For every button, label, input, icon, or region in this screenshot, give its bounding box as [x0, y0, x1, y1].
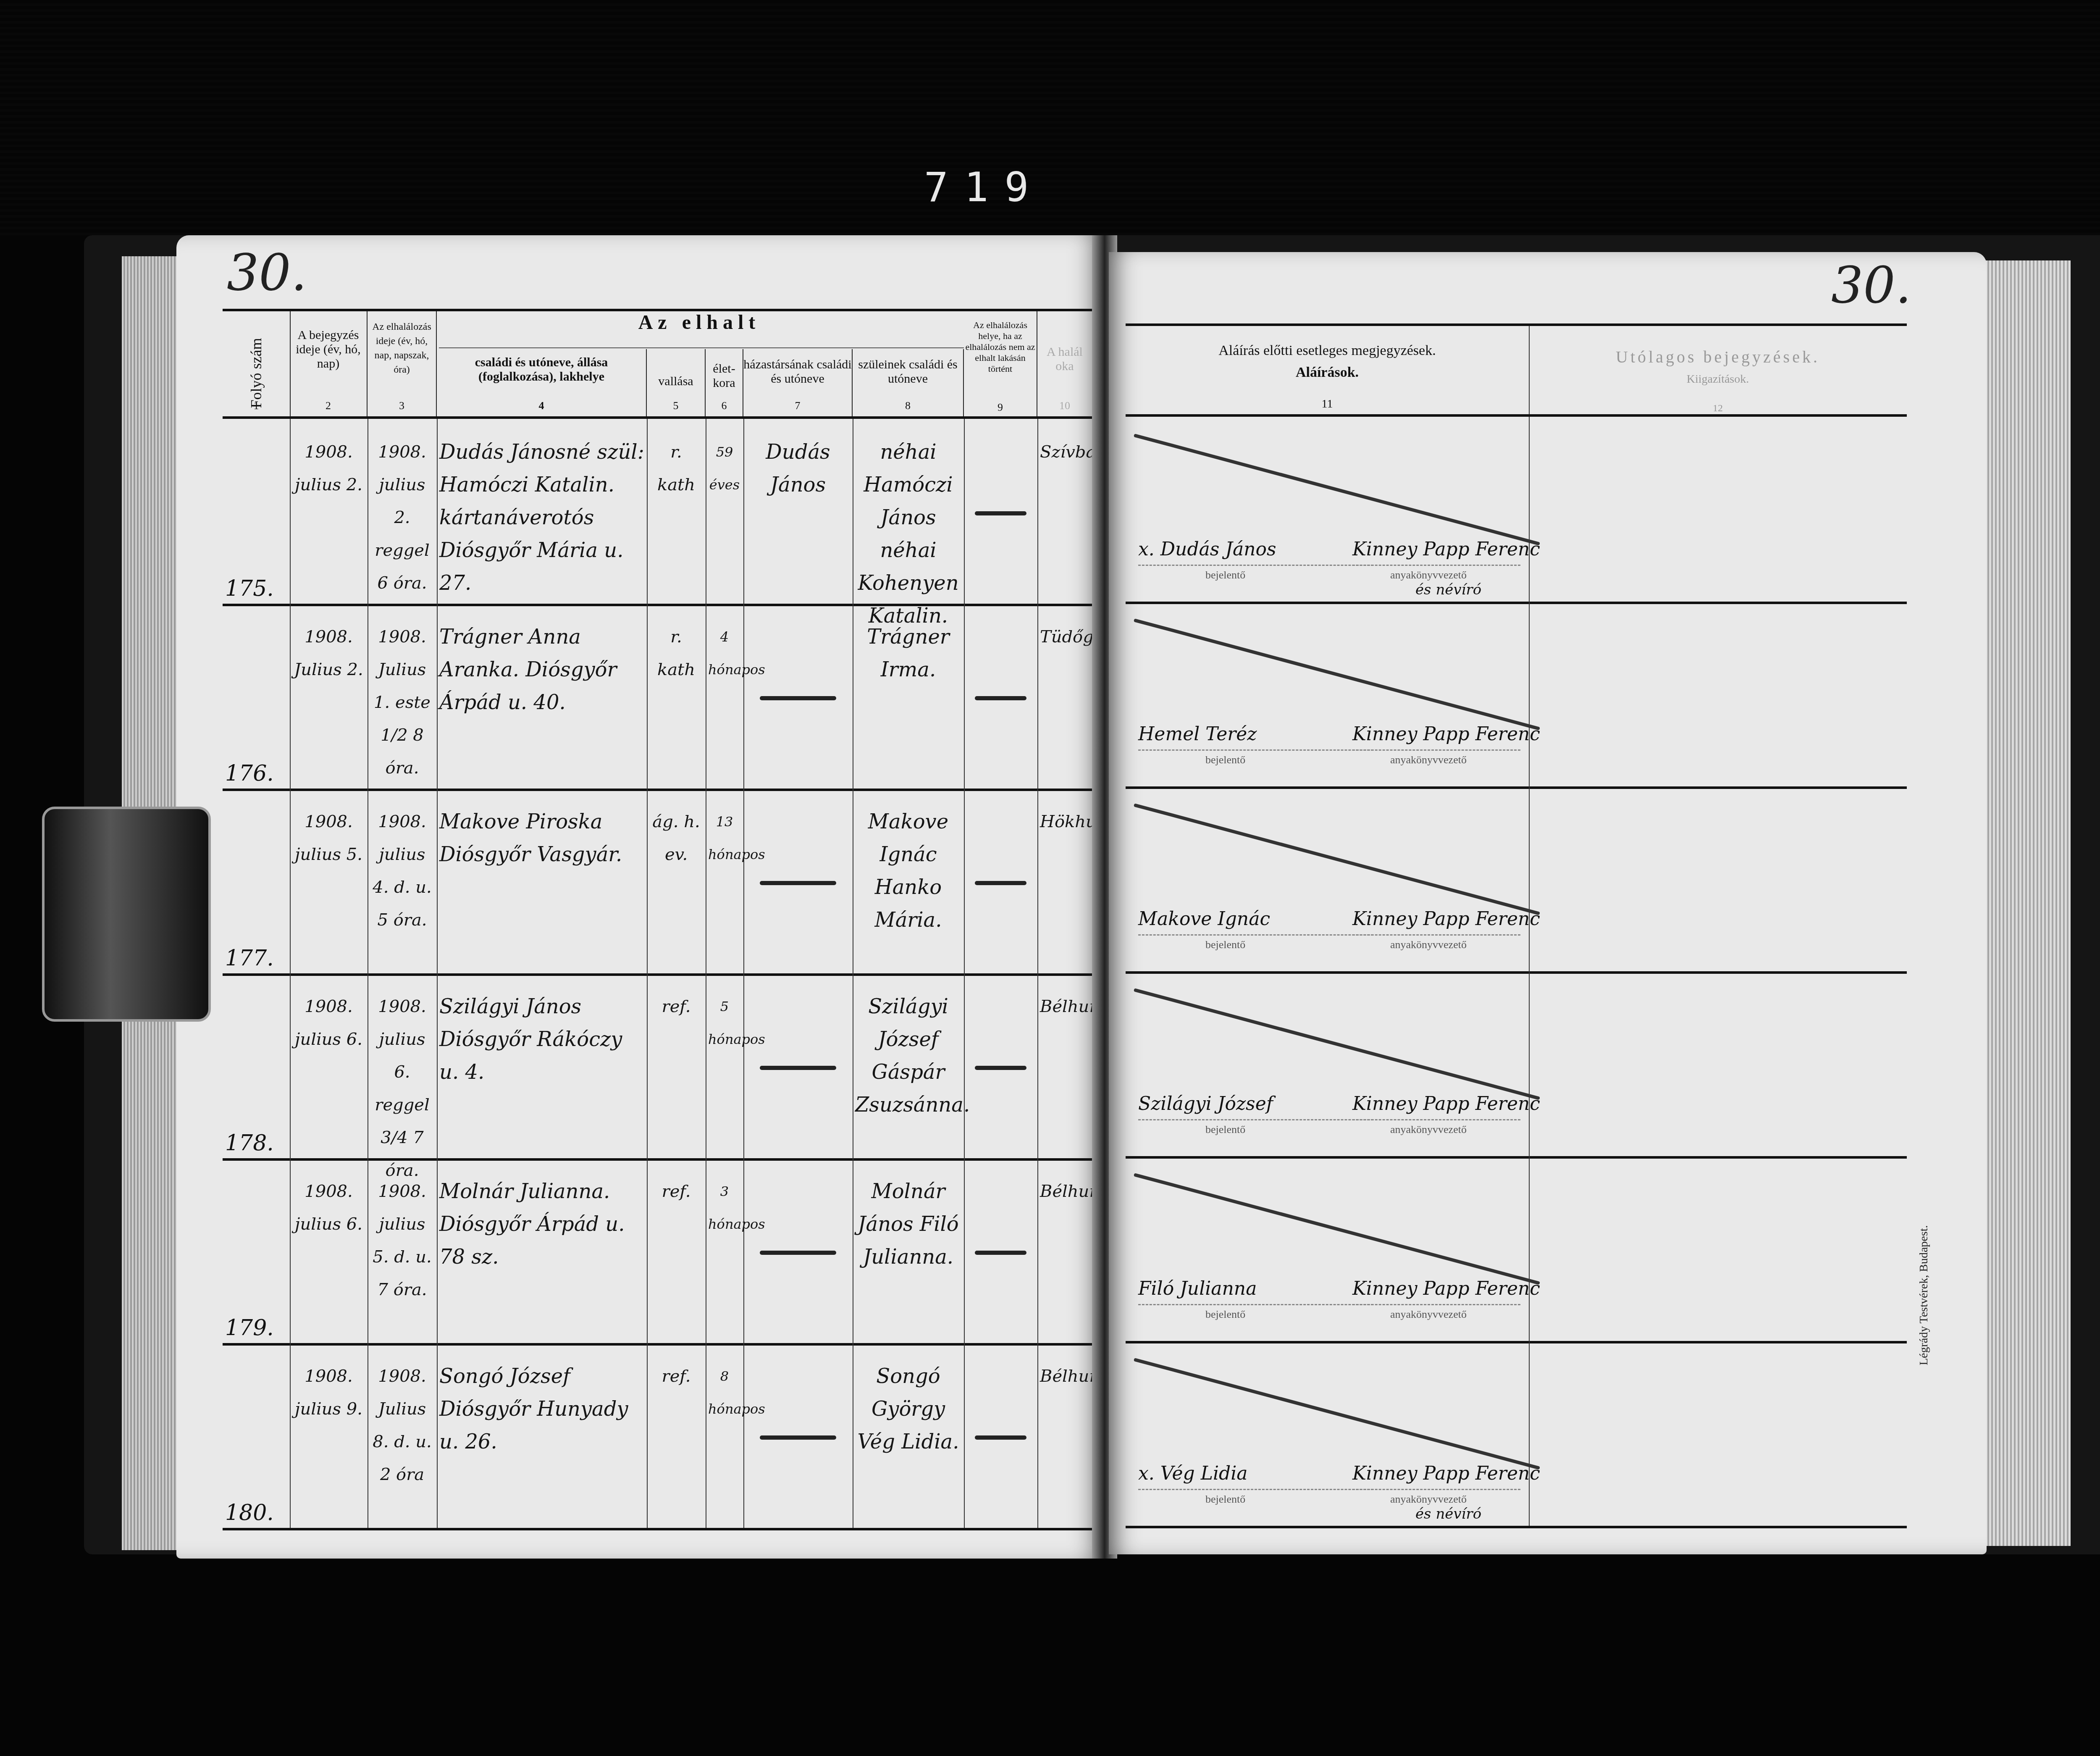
column-divider [1529, 1156, 1530, 1341]
cell-registered: 1908. julius 2. [290, 419, 368, 604]
signature-row: Hemel TerézbejelentőKinney Papp Ferencan… [1126, 602, 1907, 789]
col-header-signatures: Aláírás előtti esetleges megjegyzések. A… [1126, 326, 1530, 414]
right-page: 30. Aláírás előtti esetleges megjegyzése… [1109, 252, 1987, 1554]
informant-label: bejelentő [1205, 1308, 1245, 1321]
handwritten-died: 1908. julius 5. d. u. 7 óra. [367, 1158, 437, 1306]
cell-died: 1908. Julius 8. d. u. 2 óra [367, 1343, 438, 1528]
handwritten-age: 8 hónapos [706, 1343, 743, 1425]
cell-age: 3 hónapos [706, 1158, 744, 1343]
registrar-signature: Kinney Papp Ferenc [1352, 539, 1540, 560]
handwritten-died: 1908. julius 2. reggel 6 óra. [367, 419, 437, 599]
cell-religion: r. kath [647, 604, 706, 789]
signature-table: Aláírás előtti esetleges megjegyzések. A… [1126, 323, 1907, 1544]
column-divider [1529, 602, 1530, 786]
cell-parents: Songó György Vég Lidia. [853, 1343, 965, 1528]
handwritten-name: Trágner Anna Aranka. Diósgyőr Árpád u. 4… [437, 604, 647, 719]
empty-dash [975, 881, 1026, 885]
informant-label: bejelentő [1205, 569, 1245, 581]
handwritten-religion: ref. [647, 973, 706, 1023]
handwritten-registered: 1908. julius 6. [290, 1158, 367, 1241]
table-row: 178.1908. julius 6.1908. julius 6. regge… [223, 973, 1092, 1161]
table-row: 176.1908. Julius 2.1908. Julius 1. este … [223, 604, 1092, 791]
cell-name: Molnár Julianna. Diósgyőr Árpád u. 78 sz… [437, 1158, 648, 1343]
cell-place [964, 1343, 1038, 1528]
handwritten-religion: ref. [647, 1343, 706, 1393]
signature-row: x. Dudás JánosbejelentőKinney Papp Feren… [1126, 417, 1907, 604]
cell-name: Trágner Anna Aranka. Diósgyőr Árpád u. 4… [437, 604, 648, 789]
handwritten-name: Dudás Jánosné szül: Hamóczi Katalin. kár… [437, 419, 647, 599]
handwritten-age: 4 hónapos [706, 604, 743, 686]
handwritten-name: Songó József Diósgyőr Hunyady u. 26. [437, 1343, 647, 1458]
cell-age: 8 hónapos [706, 1343, 744, 1528]
col-header-registration-date: A bejegyzés ideje (év, hó, nap) 2 [290, 311, 367, 416]
informant-signature: Filó Julianna [1138, 1278, 1257, 1299]
handwritten-cause: Bélhurut. [1037, 1343, 1092, 1393]
empty-dash [975, 511, 1026, 515]
cell-serial: 179. [223, 1158, 291, 1343]
signature-row: x. Vég LidiabejelentőKinney Papp Ferenca… [1126, 1341, 1907, 1528]
cell-place [964, 973, 1038, 1158]
column-divider [1529, 1341, 1530, 1526]
cell-cause: Bélhurut. [1037, 973, 1092, 1158]
registrar-signature: Kinney Papp Ferenc [1352, 1278, 1540, 1299]
informant-signature: Szilágyi József [1138, 1093, 1273, 1115]
registrar-signature: Kinney Papp Ferenc [1352, 1463, 1540, 1484]
col-header-serial: Folyó szám 1 [223, 311, 291, 416]
cell-religion: ág. h. ev. [647, 789, 706, 973]
informant-signature: Hemel Teréz [1138, 723, 1257, 745]
empty-dash [975, 696, 1026, 700]
informant-label: bejelentő [1205, 754, 1245, 766]
handwritten-religion: ref. [647, 1158, 706, 1208]
handwritten-religion: r. kath [647, 604, 706, 686]
cell-serial: 175. [223, 419, 291, 604]
handwritten-name: Szilágyi János Diósgyőr Rákóczy u. 4. [437, 973, 647, 1088]
registrar-label: anyakönyvvezető [1390, 1123, 1467, 1136]
handwritten-cause: Tüdőgyulladás. [1037, 604, 1092, 653]
cell-name: Dudás Jánosné szül: Hamóczi Katalin. kár… [437, 419, 648, 604]
cell-parents: Trágner Irma. [853, 604, 965, 789]
empty-dash [760, 881, 836, 885]
handwritten-registered: 1908. julius 5. [290, 789, 367, 871]
cell-parents: Szilágyi József Gáspár Zsuzsánna. [853, 973, 965, 1158]
registrar-signature: Kinney Papp Ferenc [1352, 908, 1540, 930]
col-group-deceased: Az elhalt [437, 311, 962, 349]
handwritten-age: 3 hónapos [706, 1158, 743, 1241]
handwritten-registered: 1908. Julius 2. [290, 604, 367, 686]
handwritten-registered: 1908. julius 2. [290, 419, 367, 501]
informant-label: bejelentő [1205, 1123, 1245, 1136]
handwritten-cause: Bélhurut. [1037, 1158, 1092, 1208]
handwritten-cause: Bélhurut. [1037, 973, 1092, 1023]
col-header-place: Az elhalálozás helye, ha az elhalálozás … [964, 311, 1037, 416]
handwritten-age: 13 hónapos [706, 789, 743, 871]
cell-died: 1908. julius 6. reggel 3/4 7 óra. [367, 973, 438, 1158]
empty-dash [975, 1251, 1026, 1255]
registrar-label: anyakönyvvezető [1390, 938, 1467, 951]
handwritten-died: 1908. julius 4. d. u. 5 óra. [367, 789, 437, 936]
cell-spouse [743, 604, 853, 789]
cell-died: 1908. Julius 1. este 1/2 8 óra. [367, 604, 438, 789]
col-header-age: élet-kora 6 [706, 349, 743, 416]
registrar-note: és névíró [1415, 581, 1481, 598]
cell-place [964, 604, 1038, 789]
informant-signature: x. Dudás János [1138, 539, 1276, 560]
cell-place [964, 789, 1038, 973]
handwritten-name: Makove Piroska Diósgyőr Vasgyár. [437, 789, 647, 871]
cell-cause: Tüdőgyulladás. [1037, 604, 1092, 789]
table-row: 180.1908. julius 9.1908. Julius 8. d. u.… [223, 1343, 1092, 1530]
cell-serial: 176. [223, 604, 291, 789]
signature-line [1138, 1304, 1373, 1305]
death-register-table: Folyó szám 1 A bejegyzés ideje (év, hó, … [223, 309, 1092, 1530]
entry-number: 179. [225, 1315, 274, 1341]
signature-line [1138, 1489, 1373, 1490]
left-page: 30. Folyó szám 1 A bejegyzés ideje (év, … [176, 235, 1100, 1559]
cell-age: 13 hónapos [706, 789, 744, 973]
informant-label: bejelentő [1205, 1493, 1245, 1506]
cell-registered: 1908. julius 5. [290, 789, 368, 973]
col-header-spouse: házastársának családi és utóneve 7 [743, 349, 853, 416]
cell-spouse [743, 1343, 853, 1528]
handwritten-religion: ág. h. ev. [647, 789, 706, 871]
cell-name: Makove Piroska Diósgyőr Vasgyár. [437, 789, 648, 973]
binder-clip [42, 807, 211, 1022]
registrar-signature: Kinney Papp Ferenc [1352, 723, 1540, 745]
empty-dash [760, 1066, 836, 1070]
handwritten-spouse: Dudás János [743, 419, 853, 501]
informant-signature: x. Vég Lidia [1138, 1463, 1247, 1484]
cell-place [964, 419, 1038, 604]
signature-line [1352, 934, 1520, 936]
signature-line [1352, 565, 1520, 566]
signature-line [1352, 749, 1520, 751]
strike-through-line [1134, 618, 1540, 731]
signature-line [1352, 1304, 1520, 1305]
signature-row: Szilágyi JózsefbejelentőKinney Papp Fere… [1126, 971, 1907, 1159]
strike-through-line [1134, 434, 1540, 546]
signature-line [1138, 565, 1373, 566]
empty-dash [760, 1251, 836, 1255]
column-divider [1529, 971, 1530, 1156]
signature-line [1138, 749, 1373, 751]
signature-line [1352, 1489, 1520, 1490]
cell-spouse [743, 1158, 853, 1343]
cell-serial: 180. [223, 1343, 291, 1528]
signature-line [1138, 1119, 1373, 1120]
table-row: 179.1908. julius 6.1908. julius 5. d. u.… [223, 1158, 1092, 1346]
frame-number: 719 [924, 164, 1045, 211]
cell-parents: néhai Hamóczi János néhai Kohenyen Katal… [853, 419, 965, 604]
cell-cause: Szívbaj. [1037, 419, 1092, 604]
col-header-parents: szüleinek családi és utóneve 8 [853, 349, 964, 416]
cell-died: 1908. julius 2. reggel 6 óra. [367, 419, 438, 604]
entry-number: 180. [225, 1500, 274, 1525]
cell-registered: 1908. julius 6. [290, 973, 368, 1158]
strike-through-line [1134, 988, 1540, 1100]
strike-through-line [1134, 803, 1540, 915]
registrar-label: anyakönyvvezető [1390, 754, 1467, 766]
table-row: 175.1908. julius 2.1908. julius 2. regge… [223, 419, 1092, 606]
cell-spouse: Dudás János [743, 419, 853, 604]
empty-dash [975, 1435, 1026, 1440]
page-stack-right [1974, 260, 2071, 1546]
handwritten-parents: Songó György Vég Lidia. [853, 1343, 964, 1458]
entry-number: 176. [225, 761, 274, 786]
handwritten-died: 1908. julius 6. reggel 3/4 7 óra. [367, 973, 437, 1187]
signature-line [1138, 934, 1373, 936]
cell-registered: 1908. Julius 2. [290, 604, 368, 789]
film-background [0, 0, 2100, 235]
empty-dash [760, 1435, 836, 1440]
registrar-label: anyakönyvvezető [1390, 1493, 1467, 1506]
empty-dash [975, 1066, 1026, 1070]
entry-number: 177. [225, 946, 274, 971]
column-divider [1529, 417, 1530, 602]
handwritten-cause: Hökhurut. [1037, 789, 1092, 838]
handwritten-died: 1908. Julius 1. este 1/2 8 óra. [367, 604, 437, 784]
cell-religion: ref. [647, 1343, 706, 1528]
cell-died: 1908. julius 5. d. u. 7 óra. [367, 1158, 438, 1343]
cell-registered: 1908. julius 9. [290, 1343, 368, 1528]
signature-line [1352, 1119, 1520, 1120]
handwritten-name: Molnár Julianna. Diósgyőr Árpád u. 78 sz… [437, 1158, 647, 1273]
column-divider [1529, 786, 1530, 971]
col-header-religion: vallása 5 [647, 349, 706, 416]
table-row: 177.1908. julius 5.1908. julius 4. d. u.… [223, 789, 1092, 976]
cell-parents: Makove Ignác Hanko Mária. [853, 789, 965, 973]
registrar-label: anyakönyvvezető [1390, 569, 1467, 581]
cell-religion: r. kath [647, 419, 706, 604]
strike-through-line [1134, 1358, 1540, 1470]
group-divider [439, 347, 964, 348]
col-header-cause: A halál oka 10 [1037, 311, 1092, 416]
handwritten-registered: 1908. julius 9. [290, 1343, 367, 1425]
handwritten-parents: Molnár János Filó Julianna. [853, 1158, 964, 1273]
registrar-note: és névíró [1415, 1506, 1481, 1522]
cell-age: 4 hónapos [706, 604, 744, 789]
entry-number: 175. [225, 576, 274, 601]
handwritten-religion: r. kath [647, 419, 706, 501]
handwritten-parents: Trágner Irma. [853, 604, 964, 686]
printer-imprint: Légrády Testvérek, Budapest. [1917, 1225, 1931, 1365]
cell-cause: Hökhurut. [1037, 789, 1092, 973]
handwritten-cause: Szívbaj. [1037, 419, 1092, 468]
cell-registered: 1908. julius 6. [290, 1158, 368, 1343]
cell-died: 1908. julius 4. d. u. 5 óra. [367, 789, 438, 973]
informant-signature: Makove Ignác [1138, 908, 1270, 930]
handwritten-age: 59 éves [706, 419, 743, 501]
signature-row: Makove IgnácbejelentőKinney Papp Ferenca… [1126, 786, 1907, 974]
left-page-number: 30. [227, 244, 307, 302]
cell-age: 5 hónapos [706, 973, 744, 1158]
col-header-name: családi és utóneve, állása (foglalkozása… [437, 349, 647, 416]
signature-row: Filó JuliannabejelentőKinney Papp Ferenc… [1126, 1156, 1907, 1343]
handwritten-parents: néhai Hamóczi János néhai Kohenyen Katal… [853, 419, 964, 632]
handwritten-parents: Szilágyi József Gáspár Zsuzsánna. [853, 973, 964, 1121]
col-header-death-date: Az elhalálozás ideje (év, hó, nap, napsz… [367, 311, 437, 416]
col-header-later-entries: Utólagos bejegyzések. Kiigazítások. 12 [1529, 326, 1907, 414]
handwritten-registered: 1908. julius 6. [290, 973, 367, 1056]
cell-religion: ref. [647, 1158, 706, 1343]
right-page-number: 30. [1831, 256, 1911, 315]
informant-label: bejelentő [1205, 938, 1245, 951]
cell-spouse [743, 789, 853, 973]
cell-spouse [743, 973, 853, 1158]
registrar-label: anyakönyvvezető [1390, 1308, 1467, 1321]
cell-cause: Bélhurut. [1037, 1343, 1092, 1528]
handwritten-age: 5 hónapos [706, 973, 743, 1056]
cell-name: Songó József Diósgyőr Hunyady u. 26. [437, 1343, 648, 1528]
strike-through-line [1134, 1173, 1540, 1285]
cell-serial: 177. [223, 789, 291, 973]
handwritten-died: 1908. Julius 8. d. u. 2 óra [367, 1343, 437, 1491]
cell-religion: ref. [647, 973, 706, 1158]
handwritten-parents: Makove Ignác Hanko Mária. [853, 789, 964, 936]
cell-place [964, 1158, 1038, 1343]
cell-cause: Bélhurut. [1037, 1158, 1092, 1343]
registrar-signature: Kinney Papp Ferenc [1352, 1093, 1540, 1115]
cell-serial: 178. [223, 973, 291, 1158]
entry-number: 178. [225, 1130, 274, 1156]
cell-name: Szilágyi János Diósgyőr Rákóczy u. 4. [437, 973, 648, 1158]
cell-age: 59 éves [706, 419, 744, 604]
empty-dash [760, 696, 836, 700]
cell-parents: Molnár János Filó Julianna. [853, 1158, 965, 1343]
